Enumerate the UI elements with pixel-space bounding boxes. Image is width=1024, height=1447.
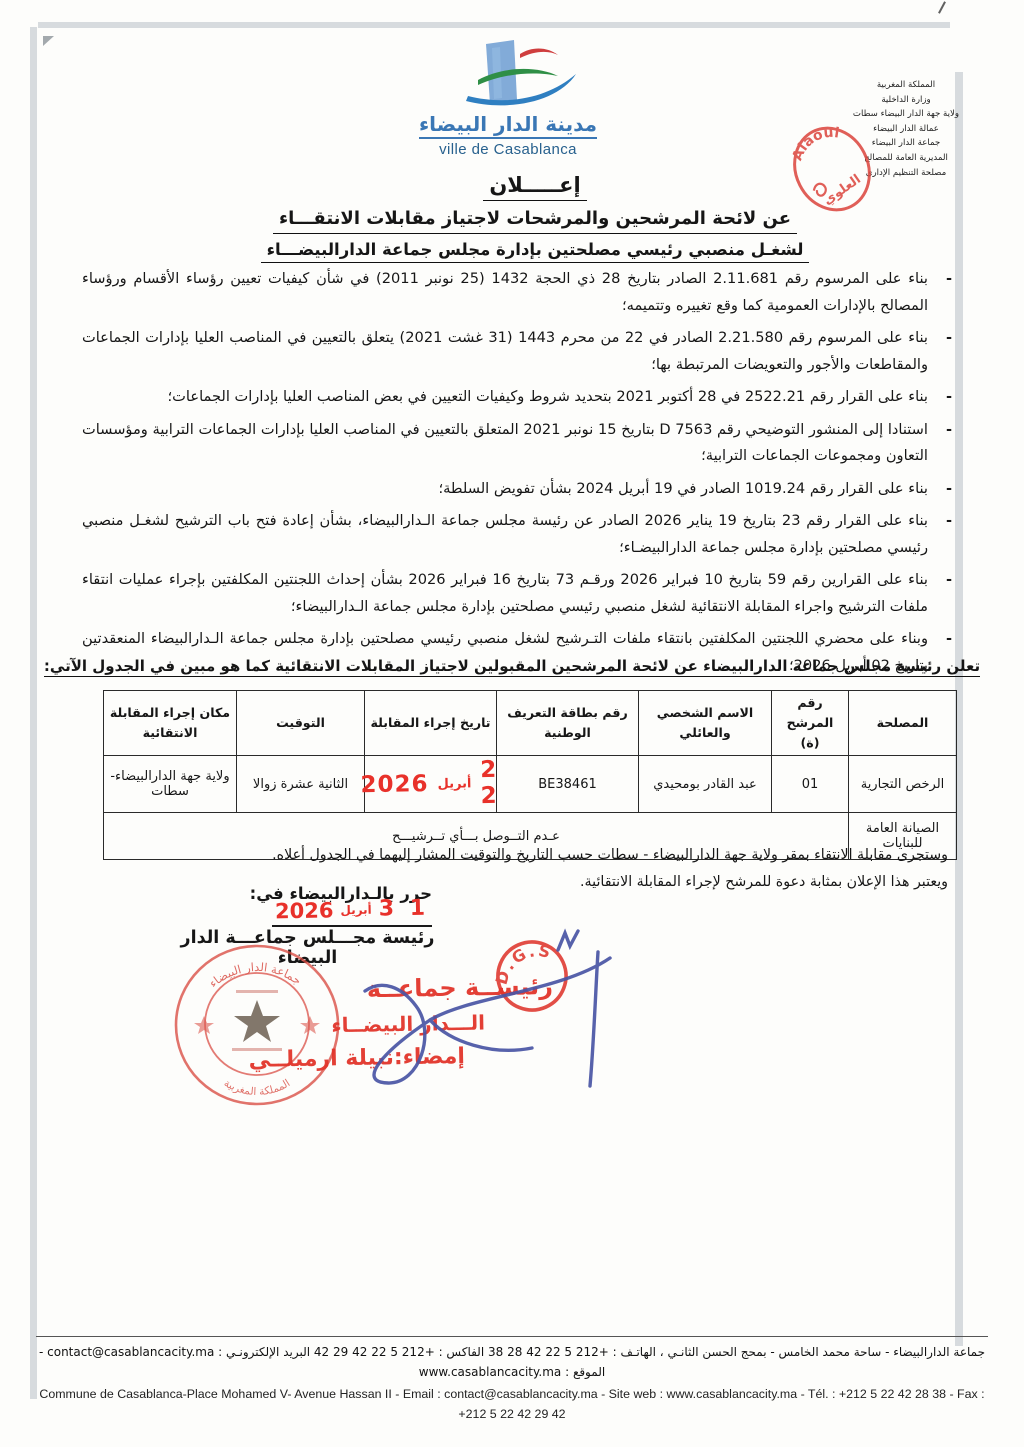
header-service: المصلحة (849, 691, 957, 756)
footer-line-french: Commune de Casablanca-Place Mohamed V- A… (36, 1384, 988, 1424)
bullet-text: بناء على المرسوم رقم 2.21.580 الصادر في … (82, 329, 928, 373)
table-row: الرخص التجارية 01 عبد القادر بومحيدي BE3… (104, 756, 957, 813)
candidates-table: المصلحة رقم المرشح (ة) الاسم الشخصي والع… (103, 690, 957, 860)
preamble-item: - بناء على القرارين رقم 59 بتاريخ 10 فبر… (82, 567, 954, 620)
scan-edge-left (30, 27, 37, 1399)
header-place: مكان إجراء المقابلة الانتقائية (104, 691, 237, 756)
bullet-dash: - (946, 476, 952, 503)
bullet-dash: - (946, 417, 952, 444)
footer-line-arabic: جماعة الدارالبيضاء - ساحة محمد الخامس - … (36, 1342, 988, 1382)
closing-line: وستجرى مقابلة الانتقاء بمقر ولاية جهة ال… (100, 842, 948, 869)
issued-day: 1 3 (379, 896, 430, 922)
scan-edge-top (38, 22, 950, 28)
preamble-item: - بناء على القرار رقم 1019.24 الصادر في … (82, 476, 954, 503)
round-stamp-ring-text-bottom: المملكة المغربية (222, 1077, 293, 1098)
cell-service: الرخص التجارية (849, 756, 957, 813)
svg-text:المملكة المغربية: المملكة المغربية (222, 1077, 293, 1098)
cell-cin: BE38461 (497, 756, 639, 813)
bullet-dash: - (946, 508, 952, 535)
issued-month: أبريل (340, 902, 372, 917)
bullet-dash: - (946, 567, 952, 594)
bullet-dash: - (946, 626, 952, 653)
gov-line: وزارة الداخلية (852, 93, 960, 108)
preamble-item: - استنادا إلى المنشور التوضيحي رقم D 756… (82, 417, 954, 470)
gov-line: ولاية جهة الدار البيضاء سطات (852, 107, 960, 122)
preamble-item: - بناء على المرسوم رقم 2.21.580 الصادر ف… (82, 325, 954, 378)
table-header-row: المصلحة رقم المرشح (ة) الاسم الشخصي والع… (104, 691, 957, 756)
title-line-2: عن لائحة المرشحين والمرشحات لاجتياز مقاب… (273, 208, 797, 234)
footer: جماعة الدارالبيضاء - ساحة محمد الخامس - … (36, 1336, 988, 1424)
bullet-text: بناء على المرسوم رقم 2.11.681 الصادر بتا… (82, 270, 928, 314)
bullet-text: بناء على القرارين رقم 59 بتاريخ 10 فبراي… (82, 571, 928, 615)
title-line-1: إعـــــلان (483, 172, 586, 201)
alaoui-stamp-latin-text: Alaoui (783, 117, 848, 168)
stamp-star-icon (234, 1000, 280, 1042)
logo-title-french: ville de Casablanca (393, 141, 623, 158)
bullet-text: بناء على القرار رقم 2522.21 في 28 أكتوبر… (168, 388, 928, 405)
preamble-item: - بناء على القرار رقم 23 بتاريخ 19 يناير… (82, 508, 954, 561)
casablanca-flag-icon (408, 38, 608, 108)
bullet-text: بناء على القرار رقم 1019.24 الصادر في 19… (438, 480, 928, 497)
date-month: أبريل (437, 776, 471, 792)
scan-corner-mark (938, 1, 946, 13)
notice-title-block: إعـــــلان عن لائحة المرشحين والمرشحات ل… (60, 172, 1010, 263)
title-line-3: لشغـل منصبي رئيسي مصلحتين بإدارة مجلس جم… (261, 240, 810, 264)
scan-triangle-artifact (43, 36, 54, 46)
bullet-dash: - (946, 384, 952, 411)
cell-interview-date: 2 2 أبريل 2026 (365, 756, 497, 813)
header-name: الاسم الشخصي والعائلي (639, 691, 772, 756)
header-cin: رقم بطاقة التعريف الوطنية (497, 691, 639, 756)
cell-place: ولاية جهة الدارالبيضاء- سطات (104, 756, 237, 813)
preamble-item: - بناء على المرسوم رقم 2.11.681 الصادر ب… (82, 266, 954, 319)
cell-time: الثانية عشرة زوالا (237, 756, 365, 813)
bullet-dash: - (946, 325, 952, 352)
scanned-document-page: المملكة المغربية وزارة الداخلية ولاية جه… (0, 0, 1024, 1447)
city-logo: مدينة الدار البيضاء ville de Casablanca (393, 38, 623, 158)
cell-candidate-no: 01 (772, 756, 849, 813)
bullet-dash: - (946, 266, 952, 293)
announcement-line: تعلن رئيسة مجلس جماعة الدارالبيضاء عن لا… (40, 656, 984, 675)
announcement-text: تعلن رئيسة مجلس جماعة الدارالبيضاء عن لا… (44, 657, 980, 677)
red-date-stamp: 2 2 أبريل 2026 (369, 757, 493, 811)
header-interview-date: تاريخ إجراء المقابلة (365, 691, 497, 756)
gov-line: المملكة المغربية (852, 78, 960, 93)
logo-title-arabic: مدينة الدار البيضاء (419, 112, 597, 139)
signature-scribble (288, 920, 640, 1098)
preamble-item: - بناء على القرار رقم 2522.21 في 28 أكتو… (82, 384, 954, 411)
header-candidate-no: رقم المرشح (ة) (772, 691, 849, 756)
date-day: 2 2 (480, 757, 501, 809)
date-year: 2026 (360, 771, 428, 798)
header-time: التوقيت (237, 691, 365, 756)
bullet-text: استنادا إلى المنشور التوضيحي رقم D 7563 … (82, 421, 928, 465)
preamble-list: - بناء على المرسوم رقم 2.11.681 الصادر ب… (82, 266, 954, 685)
cell-name: عبد القادر بومحيدي (639, 756, 772, 813)
svg-text:Alaoui: Alaoui (783, 117, 848, 168)
bullet-text: بناء على القرار رقم 23 بتاريخ 19 يناير 2… (82, 512, 928, 556)
